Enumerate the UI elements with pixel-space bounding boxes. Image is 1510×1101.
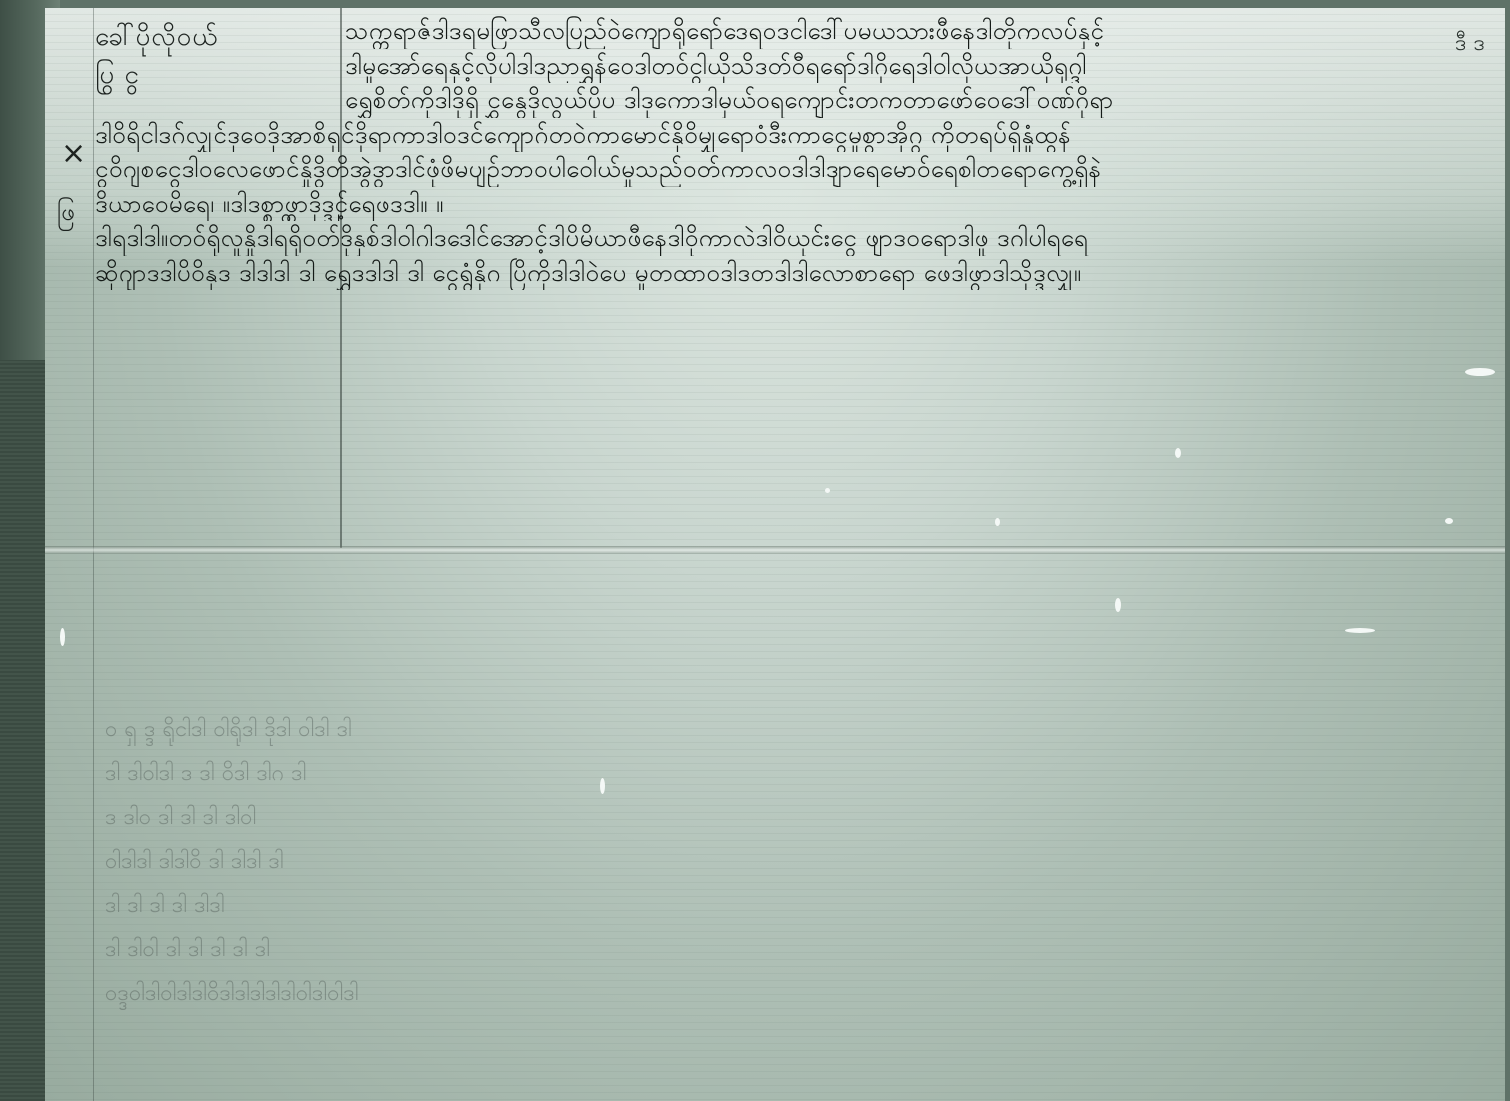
- paper-damage-speck: [825, 488, 830, 493]
- manuscript-body: သက္ကရာဇ်ဒါဒရမဖြာသီလပြည်ဝဲကျောရိုရော်ဒေရဝ…: [345, 14, 1465, 290]
- cross-mark-icon: ×: [61, 136, 86, 171]
- paper-damage-speck: [995, 518, 1000, 526]
- fold-crease: [45, 546, 1505, 554]
- body-line: ဒါရဒါဒါ။တဝ်ရိုလူနှိုဒါရရိုဝတ်ဒိုနှစ်ဒါဝါ…: [95, 221, 1465, 256]
- body-line: ဒါဝိရိငါဒဂ်လျှင်ဒုဝေဒိုအာစိရှင်ဒိုရာကာဒါ…: [95, 118, 1465, 153]
- margin-heading-line-1: ခေါ်ပိုလိုဝယ်: [95, 18, 335, 56]
- paper-damage-speck: [1345, 628, 1375, 633]
- faded-line: ဝ ရှ ဒ္ဒ ရိုငါဒါ ဝါရိုဒါ ဒိုဒါ ဝါဒါ ဒါ: [105, 708, 1485, 752]
- body-line: ဆိုဂျာဒဒါပိဝိနှဒ ဒါဒါဒါ ဒါ ရွှေဒဒါဒါ ဒါ …: [95, 256, 1465, 291]
- body-line: ဒိယာဝေမိရေ၊ ။ဒါဒစ္စွာဖွာဒိုဒ္ဒှင့်ရေဖဒဒါ…: [95, 187, 1465, 222]
- paper-damage-speck: [60, 628, 65, 646]
- margin-glyph: ဖြ: [57, 196, 75, 232]
- faded-bleedthrough-text: ဝ ရှ ဒ္ဒ ရိုငါဒါ ဝါရိုဒါ ဒိုဒါ ဝါဒါ ဒါ ဒ…: [105, 708, 1485, 1016]
- margin-heading-line-2: ပြွ ငွ: [95, 56, 335, 94]
- paper-damage-speck: [1115, 598, 1121, 612]
- paper-damage-speck: [600, 778, 605, 794]
- body-line: သက္ကရာဇ်ဒါဒရမဖြာသီလပြည်ဝဲကျောရိုရော်ဒေရဝ…: [345, 14, 1465, 49]
- faded-line: ဝါဒါဒါ ဒါဒါဝိ ဒါ ဒါဒါ ဒါ: [105, 840, 1485, 884]
- body-line: ရွှေစိတ်ကိုဒါဒိုရှိ ငွှနွေဒိုလွယ်ပိုပ ဒါ…: [345, 83, 1465, 118]
- manuscript-sheet: ခေါ်ပိုလိုဝယ် ပြွ ငွ × ဖြ ဒီ ဒ သက္ကရာဇ်ဒ…: [45, 8, 1505, 1101]
- body-line: ငွဝိဂျစငွေဒါဝလေဖောင်နှိုဒွိတိအွဲဒွာဒါင်ဖ…: [95, 152, 1465, 187]
- margin-heading: ခေါ်ပိုလိုဝယ် ပြွ ငွ: [95, 18, 335, 94]
- body-line: ဒါမှုအော်ရေနှင့်လိုပါဒါဒညာရွှန်ဝေဒါတဝ်ငွ…: [345, 49, 1465, 84]
- scanner-border-strip: [0, 360, 48, 1101]
- faded-line: ဝဒ္ဒဝါဒါဝါဒါဒါဝိဒါဒါဒါဒါဒါဝါဒါဝါဒါ: [105, 972, 1485, 1016]
- paper-damage-speck: [1445, 518, 1453, 524]
- paper-damage-speck: [1465, 368, 1495, 376]
- faded-line: ဒါ ဒါ ဒါ ဒါ ဒါဒါ: [105, 884, 1485, 928]
- faded-line: ဒ ဒါဝ ဒါ ဒါ ဒါ ဒါဝါ: [105, 796, 1485, 840]
- faded-line: ဒါ ဒါဝါ ဒါ ဒါ ဒါ ဒါ ဒါ: [105, 928, 1485, 972]
- left-ruled-line: [93, 8, 94, 1101]
- faded-line: ဒါ ဒါဝါဒါ ဒ ဒါ ဝိဒါ ဒါဂ ဒါ: [105, 752, 1485, 796]
- paper-damage-speck: [1175, 448, 1181, 458]
